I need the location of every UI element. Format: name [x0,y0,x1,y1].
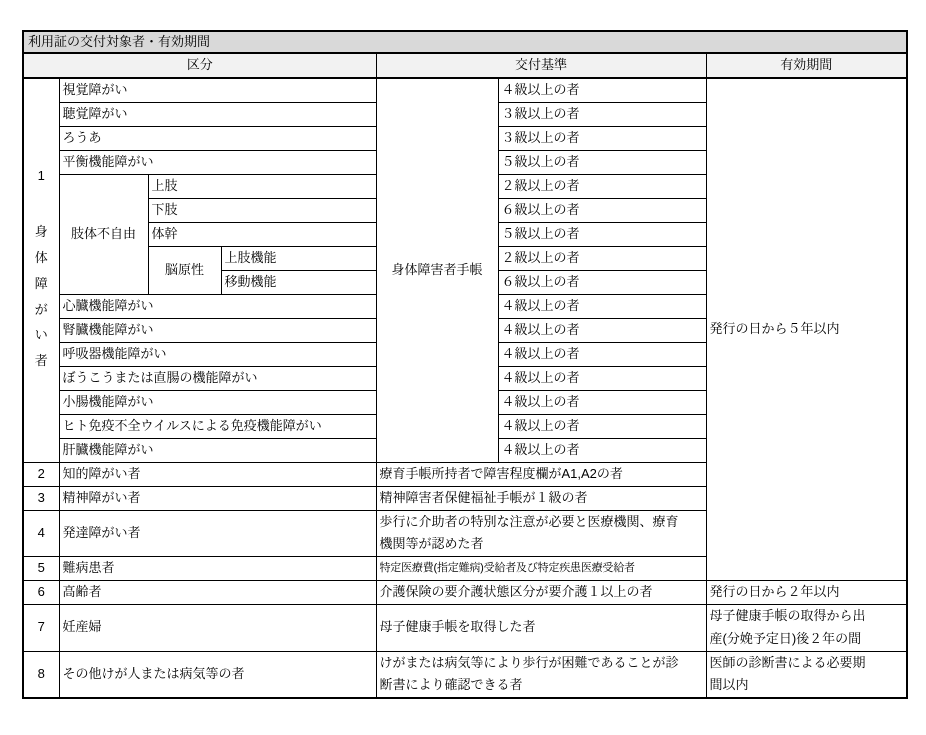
category-cell: 妊産婦 [59,605,376,652]
criteria-cell: 母子健康手帳を取得した者 [376,605,706,652]
category-cell: 体幹 [148,222,376,246]
grade-cell: ４級以上の者 [498,366,706,390]
criteria-cell: 精神障害者保健福祉手帳が１級の者 [376,486,706,510]
criteria-cell: 特定医療費(指定難病)受給者及び特定疾患医療受給者 [376,557,706,581]
category-cell: 視覚障がい [59,78,376,102]
row-number: 8 [23,651,59,698]
col-header-category: 区分 [23,53,376,78]
grade-cell: ４級以上の者 [498,318,706,342]
grade-cell: ３級以上の者 [498,102,706,126]
category-cell: 小腸機能障がい [59,390,376,414]
section1-number: 1 [38,167,45,186]
category-cell: ヒト免疫不全ウイルスによる免疫機能障がい [59,414,376,438]
category-cell: ろうあ [59,126,376,150]
category-cell: 移動機能 [221,270,376,294]
grade-cell: ３級以上の者 [498,126,706,150]
limb-group-cell: 肢体不自由 [59,174,148,294]
criteria-cell: けがまたは病気等により歩行が困難であることが診断書により確認できる者 [376,651,706,698]
grade-cell: ４級以上の者 [498,438,706,462]
grade-cell: ２級以上の者 [498,246,706,270]
row-number: 4 [23,510,59,557]
grade-cell: ４級以上の者 [498,390,706,414]
criteria-cell: 介護保険の要介護状態区分が要介護１以上の者 [376,581,706,605]
category-cell: 肝臓機能障がい [59,438,376,462]
validity-5yr-cell: 発行の日から５年以内 [706,78,907,581]
section1-category-vertical: 身体障がい者 [34,219,49,373]
category-cell: 上肢 [148,174,376,198]
category-cell: 精神障がい者 [59,486,376,510]
handbook-cell: 身体障害者手帳 [376,78,498,462]
criteria-cell: 療育手帳所持者で障害程度欄がA1,A2の者 [376,462,706,486]
grade-cell: ４級以上の者 [498,342,706,366]
grade-cell: ２級以上の者 [498,174,706,198]
section1-number-cell: 1 身体障がい者 [23,78,59,462]
category-cell: 難病患者 [59,557,376,581]
validity-cell: 母子健康手帳の取得から出産(分娩予定日)後２年の間 [706,605,907,652]
category-cell: 下肢 [148,198,376,222]
grade-cell: ４級以上の者 [498,414,706,438]
grade-cell: ５級以上の者 [498,150,706,174]
grade-cell: ６級以上の者 [498,270,706,294]
table-title: 利用証の交付対象者・有効期間 [23,31,907,53]
category-cell: 呼吸器機能障がい [59,342,376,366]
row-number: 2 [23,462,59,486]
criteria-cell: 歩行に介助者の特別な注意が必要と医療機関、療育機関等が認めた者 [376,510,706,557]
category-cell: 知的障がい者 [59,462,376,486]
row-number: 5 [23,557,59,581]
grade-cell: ５級以上の者 [498,222,706,246]
eligibility-table-wrap: 利用証の交付対象者・有効期間 区分 交付基準 有効期間 1 身体障がい者 視覚障… [22,30,908,699]
category-cell: ぼうこうまたは直腸の機能障がい [59,366,376,390]
grade-cell: ６級以上の者 [498,198,706,222]
eligibility-table: 利用証の交付対象者・有効期間 区分 交付基準 有効期間 1 身体障がい者 視覚障… [22,30,908,699]
category-cell: 腎臓機能障がい [59,318,376,342]
grade-cell: ４級以上の者 [498,294,706,318]
category-cell: 心臓機能障がい [59,294,376,318]
category-cell: 聴覚障がい [59,102,376,126]
validity-cell: 発行の日から２年以内 [706,581,907,605]
col-header-criteria: 交付基準 [376,53,706,78]
grade-cell: ４級以上の者 [498,78,706,102]
category-cell: 平衡機能障がい [59,150,376,174]
col-header-validity: 有効期間 [706,53,907,78]
validity-cell: 医師の診断書による必要期間以内 [706,651,907,698]
section1-vertical-stack: 1 身体障がい者 [24,167,59,374]
row-number: 7 [23,605,59,652]
category-cell: その他けが人または病気等の者 [59,651,376,698]
category-cell: 上肢機能 [221,246,376,270]
brain-group-cell: 脳原性 [148,246,221,294]
category-cell: 発達障がい者 [59,510,376,557]
category-cell: 高齢者 [59,581,376,605]
row-number: 6 [23,581,59,605]
row-number: 3 [23,486,59,510]
page: 利用証の交付対象者・有効期間 区分 交付基準 有効期間 1 身体障がい者 視覚障… [0,0,926,735]
